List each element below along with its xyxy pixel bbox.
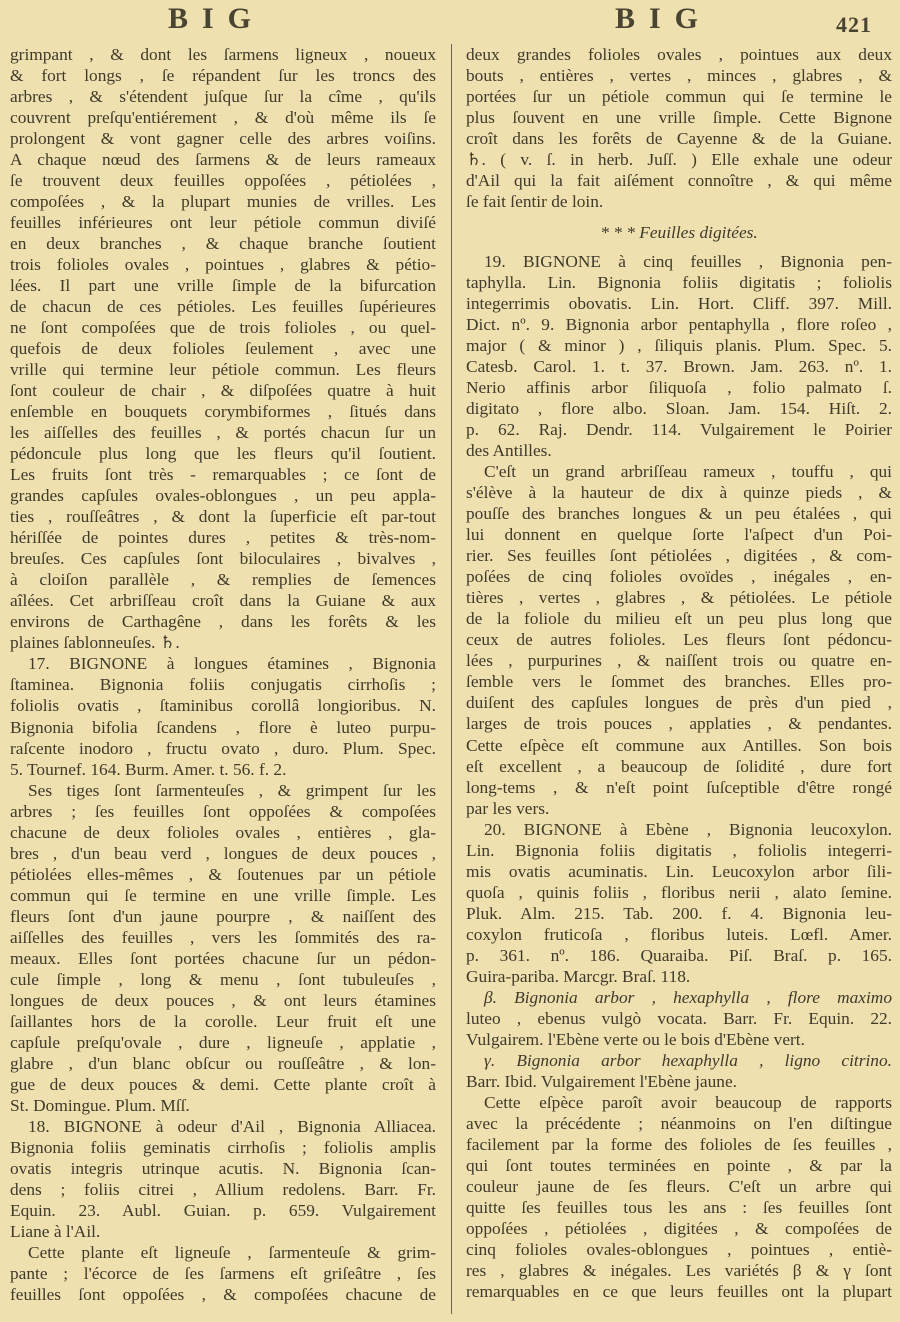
text-line: les aiſſelles des feuilles , & portés ch…	[10, 422, 436, 443]
text-line: major ( & minor ) , ſiliquis planis. Plu…	[466, 335, 892, 356]
column-divider	[451, 44, 452, 1314]
text-line: deux grandes folioles ovales , pointues …	[466, 44, 892, 65]
text-line: duiſent des capſules longues de près d'u…	[466, 692, 892, 713]
text-line: rier. Ses feuilles ſont pétiolées , digi…	[466, 545, 892, 566]
text-line: ♄. ( v. ſ. in herb. Juſſ. ) Elle exhale …	[466, 149, 892, 170]
text-line: Ses tiges ſont ſarmenteuſes , & grimpent…	[10, 780, 436, 801]
text-line: enſemble en bouquets corymbiformes , ſit…	[10, 401, 436, 422]
text-line: environs de Carthagêne , dans les forêts…	[10, 611, 436, 632]
text-line: remarquables en ce que leurs feuilles on…	[466, 1281, 892, 1302]
section-heading: * * * Feuilles digitées.	[466, 222, 892, 243]
text-line: Equin. 23. Aubl. Guian. p. 659. Vulgaire…	[10, 1200, 436, 1221]
entry-20-variety-beta: β. Bignonia arbor , hexaphylla , flore m…	[466, 987, 892, 1050]
text-line: aîlées. Cet arbriſſeau croît dans la Gui…	[10, 590, 436, 611]
text-line: ties , rouſſeâtres , & dont la ſuperfici…	[10, 506, 436, 527]
text-line: commun qui ſe termine en une vrille ſimp…	[10, 885, 436, 906]
text-line: Les fruits ſont très - remarquables ; ce…	[10, 464, 436, 485]
running-head-left: BIG	[168, 2, 265, 38]
text-line: γ. Bignonia arbor hexaphylla , ligno cit…	[466, 1050, 892, 1071]
text-line: β. Bignonia arbor , hexaphylla , flore m…	[466, 987, 892, 1008]
text-line: Pluk. Alm. 215. Tab. 200. f. 4. Bignonia…	[466, 903, 892, 924]
text-line: oppoſées , pétiolées , digitées , & comp…	[466, 1218, 892, 1239]
text-line: quitte ſes feuilles tous les ans : ſes f…	[466, 1197, 892, 1218]
text-line: pante ; l'écorce de ſes ſarmens eſt griſ…	[10, 1263, 436, 1284]
text-line: Bignonia bifolia ſcandens , flore è lute…	[10, 717, 436, 738]
text-line: pédoncule plus long que les fleurs qu'il…	[10, 443, 436, 464]
text-line: avec la précédente ; néanmoins on l'en d…	[466, 1113, 892, 1134]
text-line: ne ſont compoſées que de trois folioles …	[10, 317, 436, 338]
text-line: tières , vertes , glabres , & pétiolées.…	[466, 587, 892, 608]
text-line: Dict. nº. 9. Bignonia arbor pentaphylla …	[466, 314, 892, 335]
text-line: ceux de autres folioles. Les fleurs ſont…	[466, 629, 892, 650]
text-line: ſaillantes hors de la corolle. Leur frui…	[10, 1011, 436, 1032]
text-line: arbres ; ſes feuilles ſont oppoſées & co…	[10, 801, 436, 822]
text-line: glabre , d'un blanc obſcur ou rouſſeâtre…	[10, 1053, 436, 1074]
text-line: trois folioles ovales , pointues , glabr…	[10, 254, 436, 275]
text-line: mis ovatis acuminatis. Lin. Leucoxylon a…	[466, 861, 892, 882]
text-line: larges de trois pouces , applaties , & p…	[466, 713, 892, 734]
text-line: integerrimis obovatis. Lin. Hort. Cliff.…	[466, 293, 892, 314]
text-line: feuilles ſont oppoſées , & compoſées cha…	[10, 1284, 436, 1305]
entry-19-synonymy: 19. BIGNONE à cinq feuilles , Bignonia p…	[466, 251, 892, 461]
continued-paragraph: grimpant , & dont les ſarmens ligneux , …	[10, 44, 436, 653]
text-line: Cette eſpèce paroît avoir beaucoup de ra…	[466, 1092, 892, 1113]
text-line: prolongent & vont gagner celle des arbre…	[10, 128, 436, 149]
text-line: hériſſée de pointes dures , petites & tr…	[10, 527, 436, 548]
text-line: arbres , & s'étendent juſque ſur la cîme…	[10, 86, 436, 107]
text-line: qui ſont toutes terminées en pointe , & …	[466, 1155, 892, 1176]
text-line: meaux. Elles ſont portées chacune ſur un…	[10, 948, 436, 969]
right-column: deux grandes folioles ovales , pointues …	[466, 44, 892, 1302]
text-line: taphylla. Lin. Bignonia foliis digitatis…	[466, 272, 892, 293]
text-line: Liane à l'Ail.	[10, 1221, 436, 1242]
text-line: couleur jaune de ſes fleurs. C'eſt un ar…	[466, 1176, 892, 1197]
text-line: 5. Tournef. 164. Burm. Amer. t. 56. f. 2…	[10, 759, 436, 780]
text-line: A chaque nœud des ſarmens & de leurs ram…	[10, 149, 436, 170]
left-column: grimpant , & dont les ſarmens ligneux , …	[10, 44, 436, 1305]
text-line: lui donnent en quelque ſorte l'aſpect d'…	[466, 524, 892, 545]
text-line: long-tems , & n'eſt point ſuſceptible d'…	[466, 777, 892, 798]
running-head-right: BIG	[615, 2, 712, 38]
text-line: ſont couleur de chair , & diſpoſées quat…	[10, 380, 436, 401]
text-line: Barr. Ibid. Vulgairement l'Ebène jaune.	[466, 1071, 892, 1092]
text-line: C'eſt un grand arbriſſeau rameux , touff…	[466, 461, 892, 482]
text-line: des Antilles.	[466, 440, 892, 461]
text-line: quoſa , quinis foliis , floribus nerii ,…	[466, 882, 892, 903]
text-line: par les vers.	[466, 798, 892, 819]
text-line: d'Ail qui la fait aiſément connoître , &…	[466, 170, 892, 191]
entry-20-synonymy: 20. BIGNONE à Ebène , Bignonia leucoxylo…	[466, 819, 892, 987]
text-line: dens ; foliis citrei , Allium redolens. …	[10, 1179, 436, 1200]
text-line: foliolis ovatis , ſtaminibus corollâ lon…	[10, 695, 436, 716]
text-line: cinq folioles ovales-oblongues , pointue…	[466, 1239, 892, 1260]
text-line: St. Domingue. Plum. Mſſ.	[10, 1095, 436, 1116]
text-line: ſe fait ſentir de loin.	[466, 191, 892, 212]
text-line: pétiolées elles-mêmes , & ſoutenues par …	[10, 864, 436, 885]
page-number: 421	[836, 12, 872, 38]
text-line: ovatis integris utrinque acutis. N. Bign…	[10, 1158, 436, 1179]
text-line: Nerio affinis arbor ſiliquoſa , folio pa…	[466, 377, 892, 398]
entry-19-description: C'eſt un grand arbriſſeau rameux , touff…	[466, 461, 892, 818]
entry-heading: 19. BIGNONE à cinq feuilles , Bignonia p…	[466, 251, 892, 272]
entry-17-description: Ses tiges ſont ſarmenteuſes , & grimpent…	[10, 780, 436, 1116]
text-line: lées , purpurines , & naiſſent trois ou …	[466, 650, 892, 671]
text-line: Guira-pariba. Marcgr. Braſ. 118.	[466, 966, 892, 987]
entry-18-description: Cette plante eſt ligneuſe , ſarmenteuſe …	[10, 1242, 436, 1305]
text-line: Cette eſpèce eſt commune aux Antilles. S…	[466, 735, 892, 756]
text-line: feuilles inférieures ont leur pétiole co…	[10, 212, 436, 233]
text-line: Catesb. Carol. 1. t. 37. Brown. Jam. 263…	[466, 356, 892, 377]
text-line: plus ſouvent en une vrille ſimple. Cette…	[466, 107, 892, 128]
text-line: aiſſelles des feuilles , vers les ſommit…	[10, 927, 436, 948]
dictionary-page: BIG BIG 421 grimpant , & dont les ſarmen…	[0, 0, 900, 1322]
text-line: grandes capſules ovales-oblongues , un p…	[10, 485, 436, 506]
text-line: portées ſur un pétiole commun qui ſe ter…	[466, 86, 892, 107]
text-line: luteo , ebenus vulgò vocata. Barr. Fr. E…	[466, 1008, 892, 1029]
text-line: en deux branches , & chaque branche ſout…	[10, 233, 436, 254]
text-line: ſe trouvent deux feuilles oppoſées , pét…	[10, 170, 436, 191]
text-line: ſemble vers le ſommet des branches. Elle…	[466, 671, 892, 692]
text-line: Cette plante eſt ligneuſe , ſarmenteuſe …	[10, 1242, 436, 1263]
entry-20-variety-gamma: γ. Bignonia arbor hexaphylla , ligno cit…	[466, 1050, 892, 1092]
continued-paragraph: deux grandes folioles ovales , pointues …	[466, 44, 892, 212]
text-line: cule ſimple , long & menu , ſont tubuleu…	[10, 969, 436, 990]
text-line: breuſes. Ces capſules ſont biloculaires …	[10, 548, 436, 569]
text-line: à cloiſon parallèle , & remplies de ſeme…	[10, 569, 436, 590]
text-line: couvrent preſqu'entiérement , & d'où mêm…	[10, 107, 436, 128]
text-line: capſule preſqu'ovale , dure , ligneuſe ,…	[10, 1032, 436, 1053]
text-line: plaines ſablonneuſes. ♄.	[10, 632, 436, 653]
text-line: s'élève à la hauteur de dix à quinze pie…	[466, 482, 892, 503]
text-line: pouſſe des branches longues & un peu éta…	[466, 503, 892, 524]
entry-heading: 17. BIGNONE à longues étamines , Bignoni…	[10, 653, 436, 674]
text-line: poſées de cinq folioles ovoïdes , inégal…	[466, 566, 892, 587]
text-line: ſtaminea. Bignonia foliis conjugatis cir…	[10, 674, 436, 695]
text-line: gue de deux pouces & demi. Cette plante …	[10, 1074, 436, 1095]
text-line: Bignonia foliis geminatis cirrhoſis ; fo…	[10, 1137, 436, 1158]
text-line: de chacun de ces pétioles. Les feuilles …	[10, 296, 436, 317]
text-line: p. 361. nº. 186. Quaraiba. Piſ. Braſ. p.…	[466, 945, 892, 966]
text-line: p. 62. Raj. Dendr. 114. Vulgairement le …	[466, 419, 892, 440]
text-line: Lin. Bignonia foliis digitatis , folioli…	[466, 840, 892, 861]
entry-17-synonymy: 17. BIGNONE à longues étamines , Bignoni…	[10, 653, 436, 779]
text-line: compoſées , & la plupart munies de vrill…	[10, 191, 436, 212]
entry-20-description: Cette eſpèce paroît avoir beaucoup de ra…	[466, 1092, 892, 1302]
text-line: coxylon fruticoſa , floribus luteis. Lœf…	[466, 924, 892, 945]
text-line: eſt excellent , a beaucoup de ſolidité ,…	[466, 756, 892, 777]
text-line: vrille qui termine leur pétiole commun. …	[10, 359, 436, 380]
text-line: quefois de deux folioles ſeulement , ave…	[10, 338, 436, 359]
text-line: bouts , entières , vertes , minces , gla…	[466, 65, 892, 86]
text-line: de la foliole du milieu eſt un peu plus …	[466, 608, 892, 629]
text-line: facilement par la forme des folioles de …	[466, 1134, 892, 1155]
text-line: longues de deux pouces , & ont leurs éta…	[10, 990, 436, 1011]
text-line: lées. Il part une vrille ſimple de la bi…	[10, 275, 436, 296]
text-line: chacune de deux folioles ovales , entièr…	[10, 822, 436, 843]
text-line: digitato , flore albo. Sloan. Jam. 154. …	[466, 398, 892, 419]
entry-18-synonymy: 18. BIGNONE à odeur d'Ail , Bignonia All…	[10, 1116, 436, 1242]
text-line: croît dans les forêts de Cayenne & de la…	[466, 128, 892, 149]
text-line: raſcente inodoro , fructu ovato , duro. …	[10, 738, 436, 759]
entry-heading: 20. BIGNONE à Ebène , Bignonia leucoxylo…	[466, 819, 892, 840]
text-line: fleurs ſont d'un jaune pourpre , & naiſſ…	[10, 906, 436, 927]
text-line: grimpant , & dont les ſarmens ligneux , …	[10, 44, 436, 65]
entry-heading: 18. BIGNONE à odeur d'Ail , Bignonia All…	[10, 1116, 436, 1137]
text-line: & fort longs , ſe répandent ſur les tron…	[10, 65, 436, 86]
text-line: Vulgairem. l'Ebène verte ou le bois d'Eb…	[466, 1029, 892, 1050]
text-line: res , glabres & inégales. Les variétés β…	[466, 1260, 892, 1281]
text-line: bres , d'un beau verd , longues de deux …	[10, 843, 436, 864]
